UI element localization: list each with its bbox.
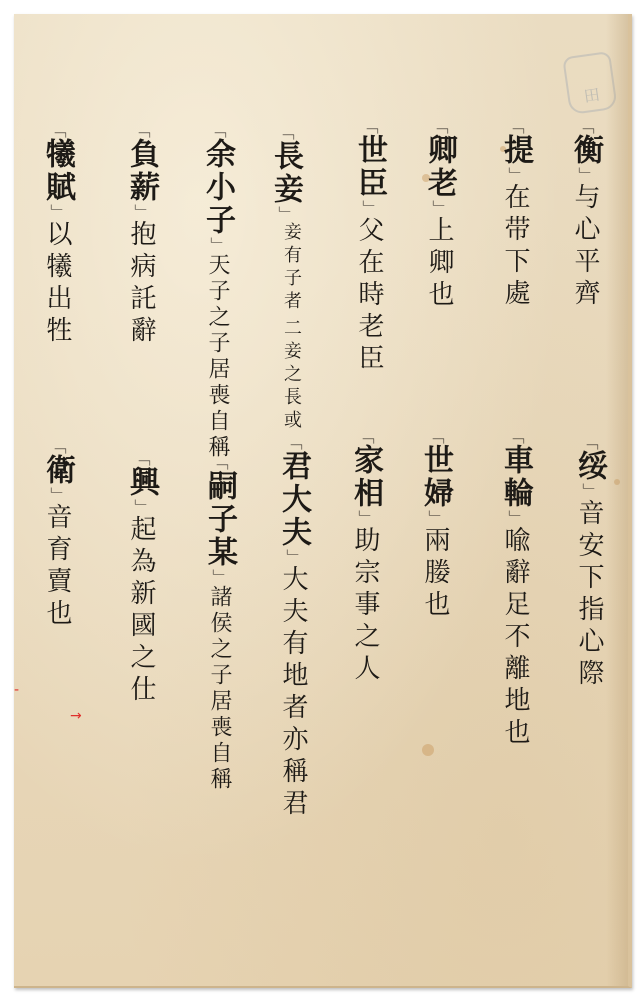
open-bracket: 「 (210, 454, 229, 470)
close-bracket: 」 (284, 549, 303, 565)
headword: 興 (124, 466, 159, 499)
entry-heng: 「衡」与心平齊 (570, 118, 600, 311)
close-bracket: 」 (132, 499, 151, 515)
headword: 世婦 (418, 444, 453, 510)
headword: 負薪 (124, 138, 159, 204)
open-bracket: 「 (208, 122, 227, 138)
entry-chelun: 「車輪」喩辭足不離地也 (500, 428, 530, 750)
open-bracket: 「 (276, 124, 295, 140)
column-7-lower: 「興」起為新國之仕 (126, 450, 156, 707)
headword: 卿老 (422, 134, 457, 200)
gloss: 父在時老臣 (354, 216, 384, 376)
entry-sui: 「绥」音安下指心際 (574, 434, 604, 691)
gloss: 起為新國之仕 (126, 515, 156, 707)
foxing-spot (614, 479, 620, 485)
headword: 世臣 (352, 134, 387, 200)
entry-xing: 「興」起為新國之仕 (126, 450, 156, 707)
close-bracket: 」 (360, 200, 379, 216)
close-bracket: 」 (576, 167, 595, 183)
close-bracket: 」 (210, 569, 229, 585)
column-1: 「衡」与心平齊 (570, 118, 600, 311)
open-bracket: 「 (360, 118, 379, 134)
headword: 余小子 (200, 138, 235, 237)
split-gloss-left: 妾有子者 (282, 222, 300, 314)
entry-xifu: 「犧賦」以犧出牲 (42, 122, 72, 348)
gloss: 喩辭足不離地也 (500, 526, 530, 750)
close-bracket: 」 (506, 167, 525, 183)
open-bracket: 「 (506, 118, 525, 134)
entry-shifu: 「世婦」兩媵也 (420, 428, 450, 622)
headword: 長妾 (268, 140, 303, 206)
gloss: 兩媵也 (420, 526, 450, 622)
gloss: 音育賣也 (42, 503, 72, 631)
headword: 犧賦 (40, 138, 75, 204)
entry-fuxin: 「負薪」抱病託辭 (126, 122, 156, 348)
gloss: 以犧出牲 (42, 220, 72, 348)
column-4: 「世臣」父在時老臣 (354, 118, 384, 376)
column-4-lower: 「家相」助宗事之人 (350, 428, 380, 686)
open-bracket: 「 (506, 428, 525, 444)
gloss: 与心平齊 (570, 183, 600, 311)
open-bracket: 「 (356, 428, 375, 444)
entry-changqie: 「長妾」二妾之長或妾有子者 (270, 124, 300, 433)
close-bracket: 」 (506, 510, 525, 526)
open-bracket: 「 (132, 122, 151, 138)
column-1-lower: 「绥」音安下指心際 (574, 434, 604, 691)
split-gloss-right: 二妾之長或 (282, 318, 300, 433)
headword: 家相 (348, 444, 383, 510)
close-bracket: 」 (426, 510, 445, 526)
open-bracket: 「 (48, 438, 67, 454)
headword: 绥 (572, 450, 607, 483)
column-3-lower: 「世婦」兩媵也 (420, 428, 450, 622)
entry-ti: 「提」在带下處 (500, 118, 530, 311)
foxing-spot (422, 744, 434, 756)
column-3: 「卿老」上卿也 (424, 118, 454, 312)
open-bracket: 「 (132, 450, 151, 466)
column-2-lower: 「車輪」喩辭足不離地也 (500, 428, 530, 750)
column-5-lower: 「君大夫」大夫有地者亦稱君 (278, 434, 308, 821)
entry-sizimou: 「嗣子某」諸侯之子居喪自稱 (204, 454, 234, 793)
gloss: 在带下處 (500, 183, 530, 311)
close-bracket: 」 (48, 487, 67, 503)
close-bracket: 」 (356, 510, 375, 526)
red-annotation-arrow: → (70, 708, 82, 724)
gloss: 上卿也 (424, 216, 454, 312)
column-5: 「長妾」二妾之長或妾有子者 (270, 124, 300, 433)
close-bracket: 」 (48, 204, 67, 220)
gloss: 音安下指心際 (574, 499, 604, 691)
entry-wei: 「衛」音育賣也 (42, 438, 72, 631)
column-8-lower: 「衛」音育賣也 (42, 438, 72, 631)
open-bracket: 「 (284, 434, 303, 450)
gloss: 大夫有地者亦稱君 (278, 565, 308, 821)
column-6: 「余小子」天子之子居喪自稱 (202, 122, 232, 461)
open-bracket: 「 (426, 428, 445, 444)
headword: 車輪 (498, 444, 533, 510)
open-bracket: 「 (580, 434, 599, 450)
entry-shichen: 「世臣」父在時老臣 (354, 118, 384, 376)
entry-yuxiaozi: 「余小子」天子之子居喪自稱 (202, 122, 232, 461)
gloss: 諸侯之子居喪自稱 (207, 585, 232, 793)
stamp-glyph: 田 (582, 82, 601, 107)
headword: 提 (498, 134, 533, 167)
red-annotation-mark: - (14, 682, 19, 698)
gloss: 抱病託辭 (126, 220, 156, 348)
gloss: 天子之子居喪自稱 (205, 253, 230, 461)
open-bracket: 「 (430, 118, 449, 134)
manuscript-page: 田 - → 「衡」与心平齊 「绥」音安下指心際 「提」在带下處 「車輪」喩辭足不… (14, 14, 632, 988)
column-6-lower: 「嗣子某」諸侯之子居喪自稱 (204, 454, 234, 793)
close-bracket: 」 (580, 483, 599, 499)
column-7: 「負薪」抱病託辭 (126, 122, 156, 348)
column-8: 「犧賦」以犧出牲 (42, 122, 72, 348)
open-bracket: 「 (48, 122, 67, 138)
headword: 衡 (568, 134, 603, 167)
close-bracket: 」 (132, 204, 151, 220)
headword: 君大夫 (276, 450, 311, 549)
headword: 衛 (40, 454, 75, 487)
close-bracket: 」 (430, 200, 449, 216)
close-bracket: 」 (276, 206, 295, 222)
entry-jiaxiang: 「家相」助宗事之人 (350, 428, 380, 686)
headword: 嗣子某 (202, 470, 237, 569)
library-stamp: 田 (562, 51, 618, 115)
entry-jundafu: 「君大夫」大夫有地者亦稱君 (278, 434, 308, 821)
column-2: 「提」在带下處 (500, 118, 530, 311)
entry-qinglao: 「卿老」上卿也 (424, 118, 454, 312)
split-gloss: 二妾之長或妾有子者 (282, 222, 300, 433)
gloss: 助宗事之人 (350, 526, 380, 686)
open-bracket: 「 (576, 118, 595, 134)
close-bracket: 」 (208, 237, 227, 253)
